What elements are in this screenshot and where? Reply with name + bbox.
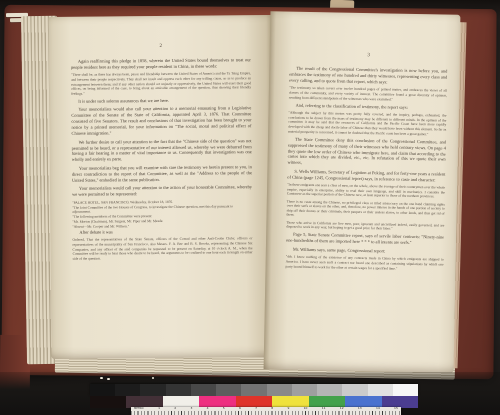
dust-speck	[107, 378, 110, 380]
right-page: 3 The result of the Congressional Commit…	[264, 11, 461, 373]
page-paragraph: Your memorialists would call your attent…	[72, 184, 252, 197]
page-paragraph: "There shall be, as there has always bee…	[71, 72, 251, 97]
gray-step-swatch	[241, 384, 266, 396]
page-number-left: 2	[71, 43, 251, 51]
page-paragraph: After debate it was	[72, 228, 252, 235]
page-paragraph: And, referring to the classification of …	[289, 102, 447, 111]
gray-step-swatch	[292, 384, 317, 396]
gray-step-swatch	[115, 384, 140, 396]
dust-speck	[100, 377, 103, 379]
left-page: 2 Again reaffirming this pledge in 1858,…	[49, 15, 274, 359]
gray-step-swatch	[393, 384, 418, 396]
dust-speck	[152, 377, 154, 379]
page-paragraph: Again reaffirming this pledge in 1858, w…	[71, 57, 251, 70]
page-paragraph: S. Wells Williams, Secretary of Legation…	[287, 168, 445, 183]
page-paragraph: "Although the subject by this means was …	[288, 111, 446, 137]
ruler-number: 10	[304, 407, 308, 411]
page-paragraph: Those who arrive in California are free …	[286, 220, 444, 232]
gray-step-swatch	[90, 384, 115, 396]
ruler-number: 14	[376, 407, 380, 411]
ruler-number: 11	[322, 407, 326, 411]
page-paragraph: Mr. Williams says, same page, Congressio…	[286, 246, 444, 255]
metric-ruler: METRIC123456789101112131415	[131, 407, 401, 415]
ruler-number: 4	[207, 407, 209, 411]
gray-step-swatch	[317, 384, 342, 396]
ruler-tick-marks	[131, 411, 401, 415]
page-number-right: 3	[290, 52, 448, 61]
page-paragraph: The State Committee deny this conclusion…	[287, 136, 446, 169]
gray-step-swatch	[166, 384, 191, 396]
page-paragraph: Ordered, That the representatives of the…	[72, 237, 252, 262]
ruler-number: 15	[394, 407, 398, 411]
page-paragraph: There is no caste among the Chinese, no …	[286, 199, 444, 220]
book-photo: 2 Again reaffirming this pledge in 1858,…	[0, 0, 500, 415]
page-paragraph: "4th. I know nothing of the existence of…	[286, 255, 444, 272]
ruler-number: 7	[255, 407, 257, 411]
ruler-number: 9	[287, 407, 289, 411]
gray-step-swatch	[216, 384, 241, 396]
ruler-number: 3	[190, 407, 192, 411]
page-paragraph: Page 5, State Senate Committee report, s…	[286, 232, 444, 247]
ruler-number: 12	[340, 407, 344, 411]
gray-step-swatch	[140, 384, 165, 396]
page-paragraph: We further desire to call your attention…	[72, 138, 252, 163]
gray-step-swatch	[267, 384, 292, 396]
left-page-text: 2 Again reaffirming this pledge in 1858,…	[71, 43, 253, 264]
page-paragraph: "In these emigrants one sees a class of …	[287, 183, 445, 200]
page-paragraph: It is under such solemn assurances that …	[71, 97, 251, 104]
ruler-metric-label: METRIC	[134, 407, 144, 411]
ruler-number: 1	[158, 407, 160, 411]
ruler-number: 2	[174, 407, 176, 411]
page-paragraph: "The testimony so taken covers over twel…	[289, 86, 447, 103]
page-paragraph: Your memorialists beg that you will exam…	[72, 164, 252, 183]
gray-step-swatch	[368, 384, 393, 396]
ruler-number: 5	[223, 407, 225, 411]
grayscale-calibration-wedge	[90, 384, 418, 396]
page-paragraph: The result of the Congressional Committe…	[289, 66, 447, 87]
color-swatch	[90, 396, 126, 408]
ruler-number: 8	[271, 407, 273, 411]
gray-step-swatch	[191, 384, 216, 396]
ruler-number: 13	[358, 407, 362, 411]
page-paragraph: Your memorialists would also call your a…	[71, 106, 251, 137]
gray-step-swatch	[342, 384, 367, 396]
right-page-text: 3 The result of the Congressional Commit…	[285, 52, 447, 275]
ruler-number: 6	[239, 407, 241, 411]
